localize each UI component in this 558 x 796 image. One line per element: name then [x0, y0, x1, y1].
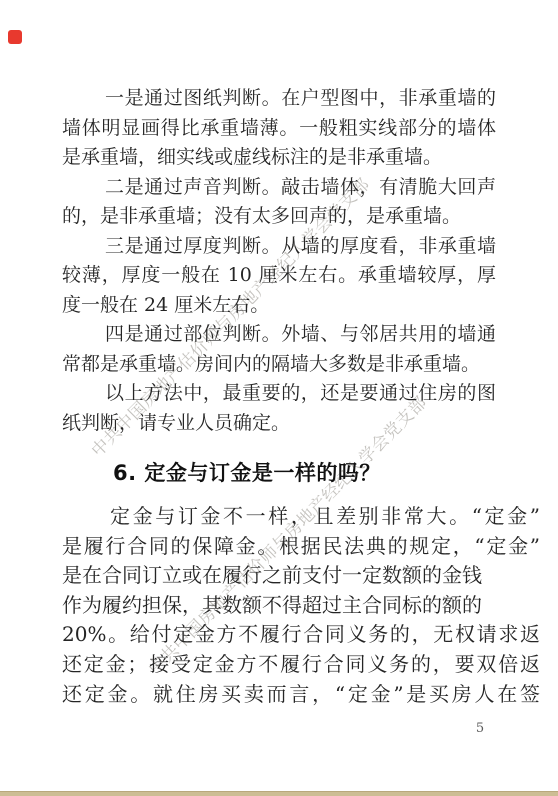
text-line: 三是通过厚度判断。从墙的厚度看，非承重墙	[62, 232, 496, 262]
text-line: 的，是非承重墙；没有太多回声的，是承重墙。	[62, 202, 496, 232]
text-line: 作为履约担保，其数额不得超过主合同标的额的	[62, 591, 540, 621]
text-line: 二是通过声音判断。敲击墙体，有清脆大回声	[62, 173, 496, 203]
text-line: 一是通过图纸判断。在户型图中，非承重墙的	[62, 84, 496, 114]
text-line: 度一般在 24 厘米左右。	[62, 291, 496, 321]
text-line: 还定金；接受定金方不履行合同义务的，要双倍返	[62, 650, 540, 680]
footer-bar	[0, 791, 558, 796]
document-page: 中共中国房地产估价师与房地产经纪人学会党支部 中共中国房地产估价师与房地产经纪人…	[0, 0, 558, 796]
text-line: 是承重墙，细实线或虚线标注的是非承重墙。	[62, 143, 496, 173]
text-line: 较薄，厚度一般在 10 厘米左右。承重墙较厚，厚	[62, 261, 496, 291]
text-line: 纸判断，请专业人员确定。	[62, 409, 496, 439]
text-line: 定金与订金不一样，且差别非常大。“定金”	[62, 502, 540, 532]
text-line: 常都是承重墙。房间内的隔墙大多数是非承重墙。	[62, 350, 496, 380]
page-number: 5	[468, 720, 492, 737]
text-line: 以上方法中，最重要的，还是要通过住房的图	[62, 379, 496, 409]
text-line: 20%。给付定金方不履行合同义务的，无权请求返	[62, 620, 540, 650]
body-text-upper: 一是通过图纸判断。在户型图中，非承重墙的 墙体明显画得比承重墙薄。一般粗实线部分…	[62, 84, 496, 438]
text-line: 墙体明显画得比承重墙薄。一般粗实线部分的墙体	[62, 114, 496, 144]
body-text-lower: 定金与订金不一样，且差别非常大。“定金” 是履行合同的保障金。根据民法典的规定，…	[62, 502, 540, 709]
section-heading: 6. 定金与订金是一样的吗？	[113, 458, 381, 488]
text-line: 四是通过部位判断。外墙、与邻居共用的墙通	[62, 320, 496, 350]
text-line: 是履行合同的保障金。根据民法典的规定，“定金”	[62, 532, 540, 562]
text-line: 还定金。就住房买卖而言，“定金”是买房人在签	[62, 680, 540, 710]
red-marker-square	[8, 30, 22, 44]
text-line: 是在合同订立或在履行之前支付一定数额的金钱	[62, 561, 540, 591]
